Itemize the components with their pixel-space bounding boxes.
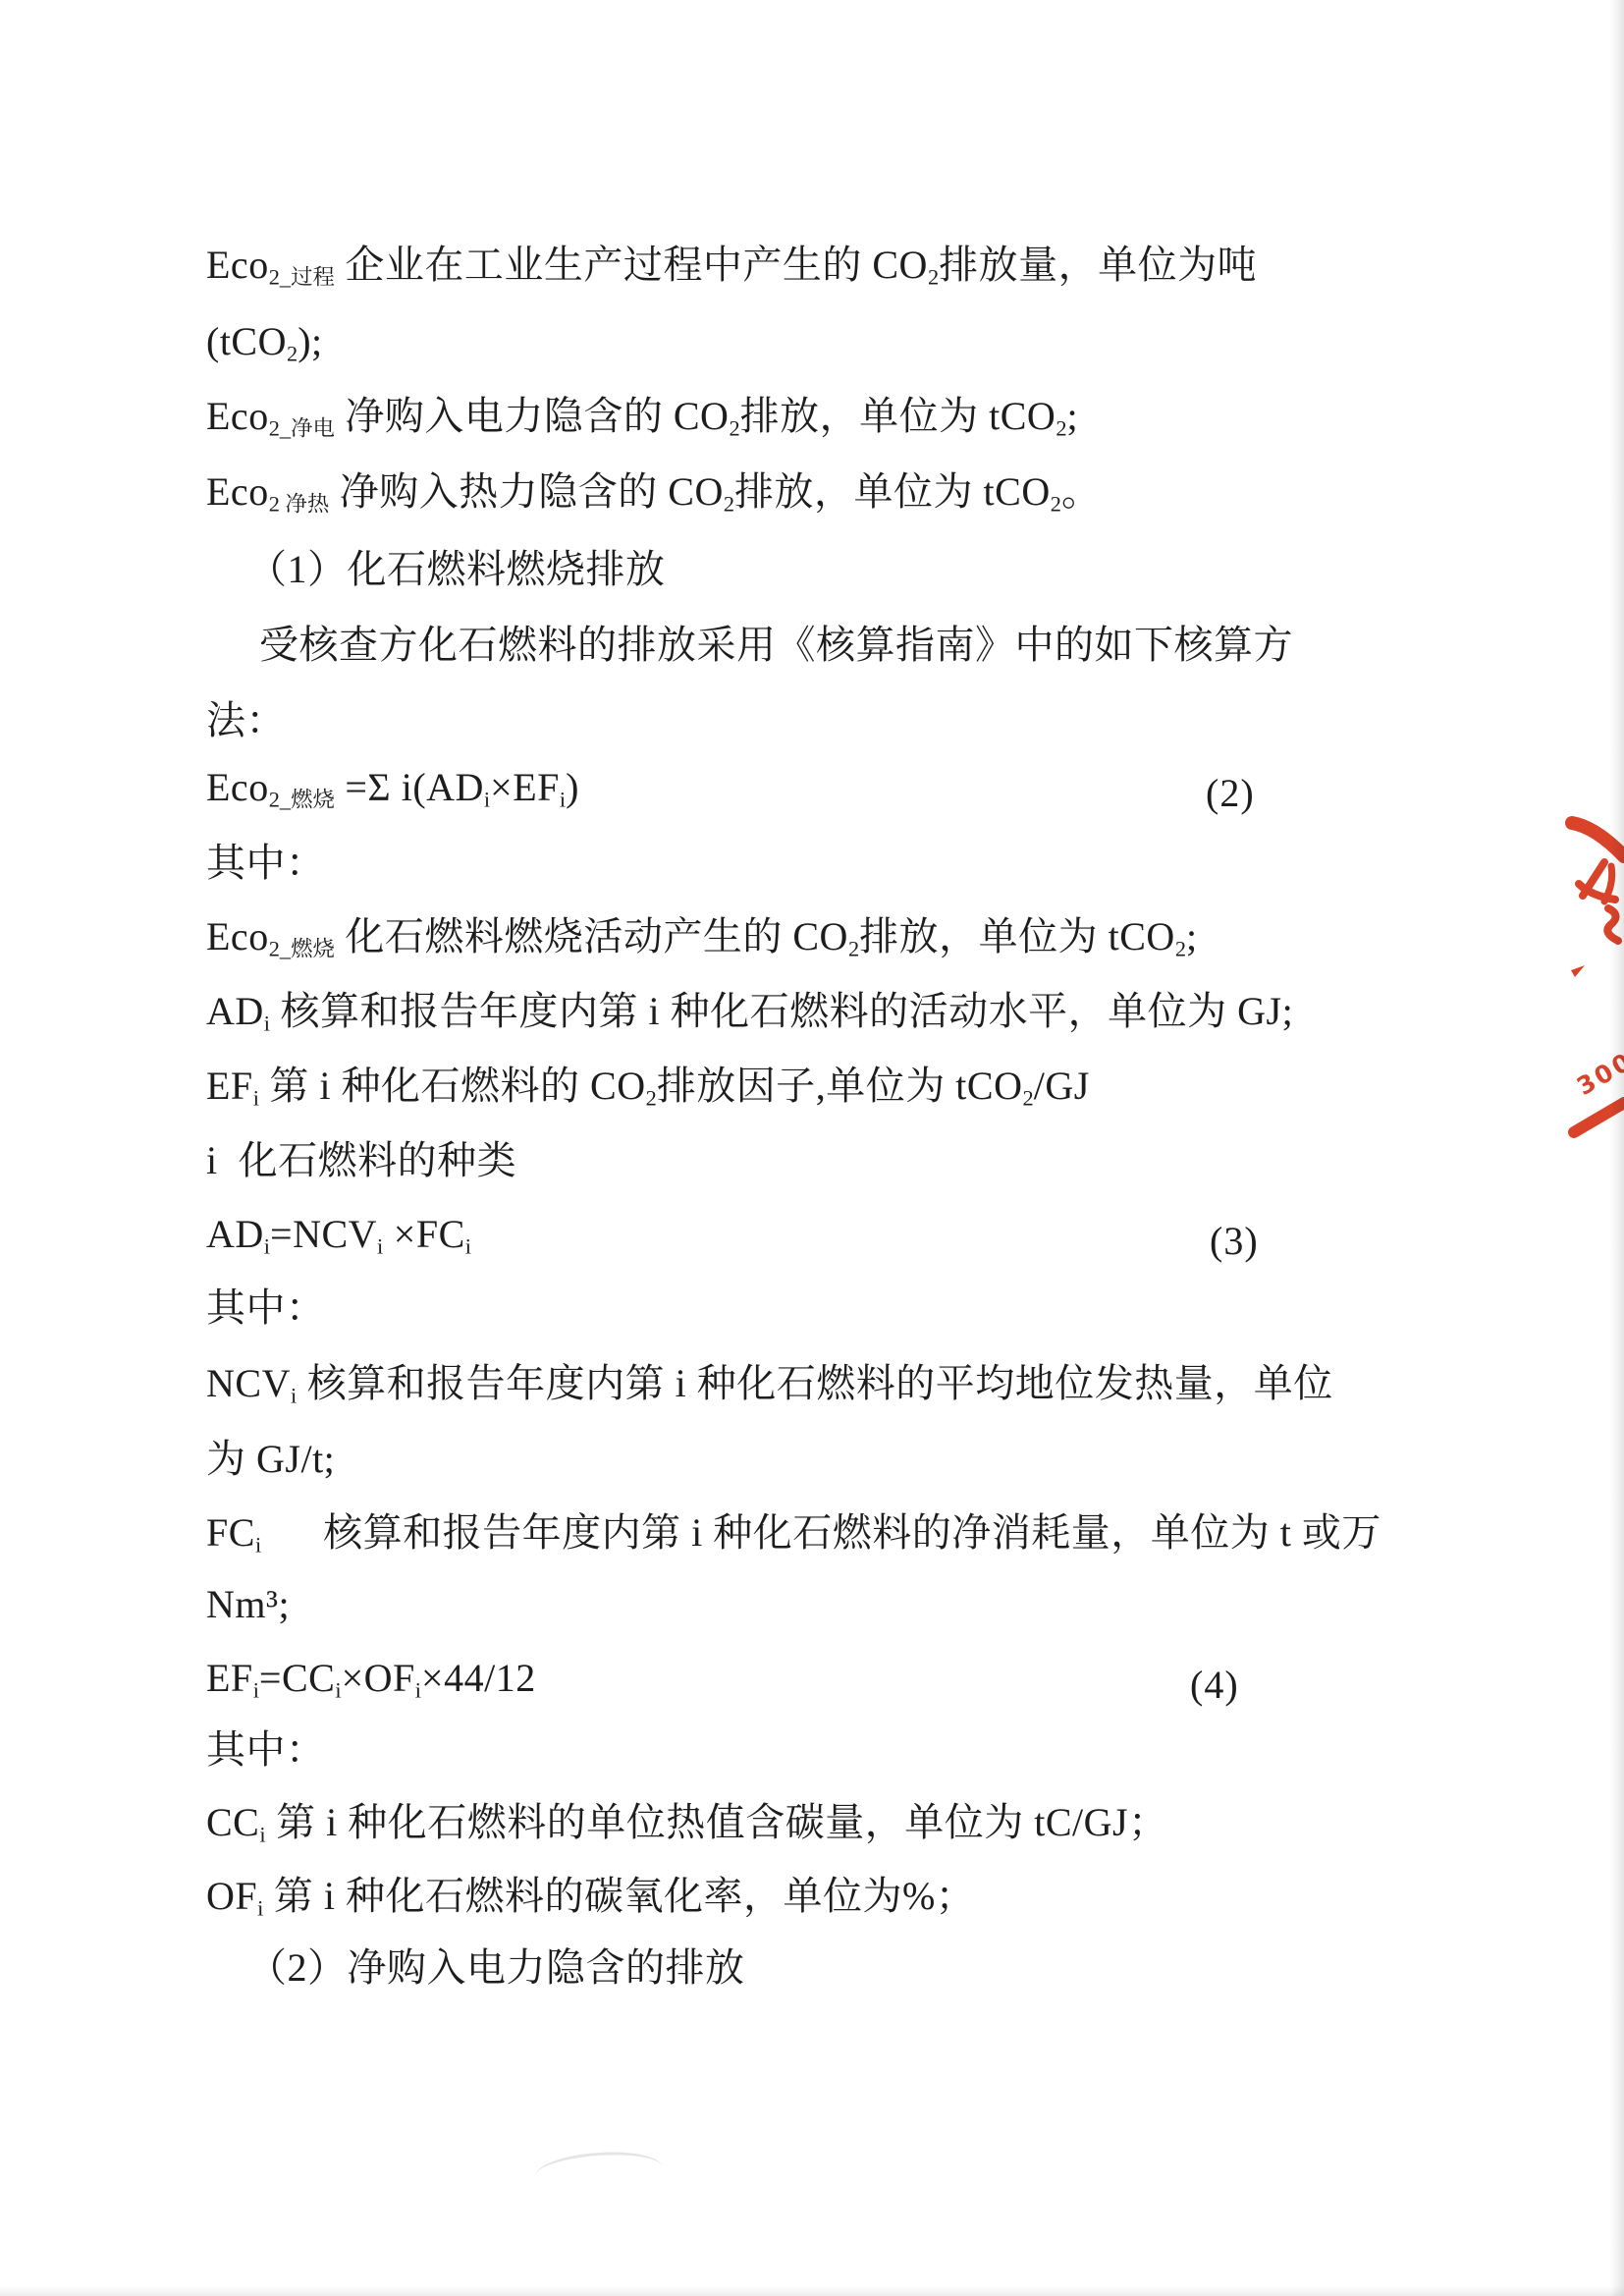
text-line: Eco2_燃烧 化石燃料燃烧活动产生的 CO2排放，单位为 tCO2;	[206, 913, 1198, 960]
text-line: 其中：	[206, 1726, 326, 1774]
equation-number: (2)	[1206, 770, 1255, 817]
text-line: 其中：	[206, 840, 326, 887]
scan-edge-bottom	[0, 2286, 1624, 2296]
text-line: ADi=NCVi ×FCi	[206, 1211, 471, 1258]
text-line: （1）化石燃料燃烧排放	[247, 546, 666, 593]
text-line: EFi=CCi×OFi×44/12	[206, 1655, 536, 1702]
text-line: OFi 第 i 种化石燃料的碳氧化率，单位为%；	[206, 1873, 975, 1920]
text-line: 受核查方化石燃料的排放采用《核算指南》中的如下核算方	[259, 622, 1293, 669]
text-line: Eco2 净热 净购入热力隐含的 CO2排放，单位为 tCO2。	[206, 468, 1101, 516]
text-line: 其中：	[206, 1285, 326, 1332]
document-page: Eco2_过程 企业在工业生产过程中产生的 CO2排放量，单位为吨(tCO2);…	[0, 0, 1624, 2296]
text-line: ADi 核算和报告年度内第 i 种化石燃料的活动水平，单位为 GJ;	[206, 988, 1293, 1035]
scan-edge-right	[1610, 0, 1624, 2296]
text-line: (tCO2);	[206, 318, 323, 365]
text-line: 法：	[206, 697, 286, 744]
text-line: Nm³;	[206, 1581, 290, 1628]
text-line: CCi 第 i 种化石燃料的单位热值含碳量，单位为 tC/GJ；	[206, 1799, 1168, 1846]
text-line: EFi 第 i 种化石燃料的 CO2排放因子,单位为 tCO2/GJ	[206, 1063, 1090, 1110]
text-line: NCVi 核算和报告年度内第 i 种化石燃料的平均地位发热量，单位	[206, 1360, 1333, 1407]
equation-number: (4)	[1190, 1662, 1239, 1709]
equation-number: (3)	[1210, 1218, 1259, 1265]
scan-smudge	[534, 2149, 664, 2196]
text-line: Eco2_过程 企业在工业生产过程中产生的 CO2排放量，单位为吨	[206, 242, 1257, 289]
text-line: （2）净购入电力隐含的排放	[247, 1944, 745, 1992]
text-line: Eco2_净电 净购入电力隐含的 CO2排放，单位为 tCO2;	[206, 393, 1078, 440]
text-line: 为 GJ/t;	[206, 1436, 335, 1483]
text-line: FCi 核算和报告年度内第 i 种化石燃料的净消耗量，单位为 t 或万	[206, 1509, 1381, 1557]
text-line: i 化石燃料的种类	[206, 1137, 516, 1184]
text-line: Eco2_燃烧 =Σ i(ADi×EFi)	[206, 764, 579, 811]
